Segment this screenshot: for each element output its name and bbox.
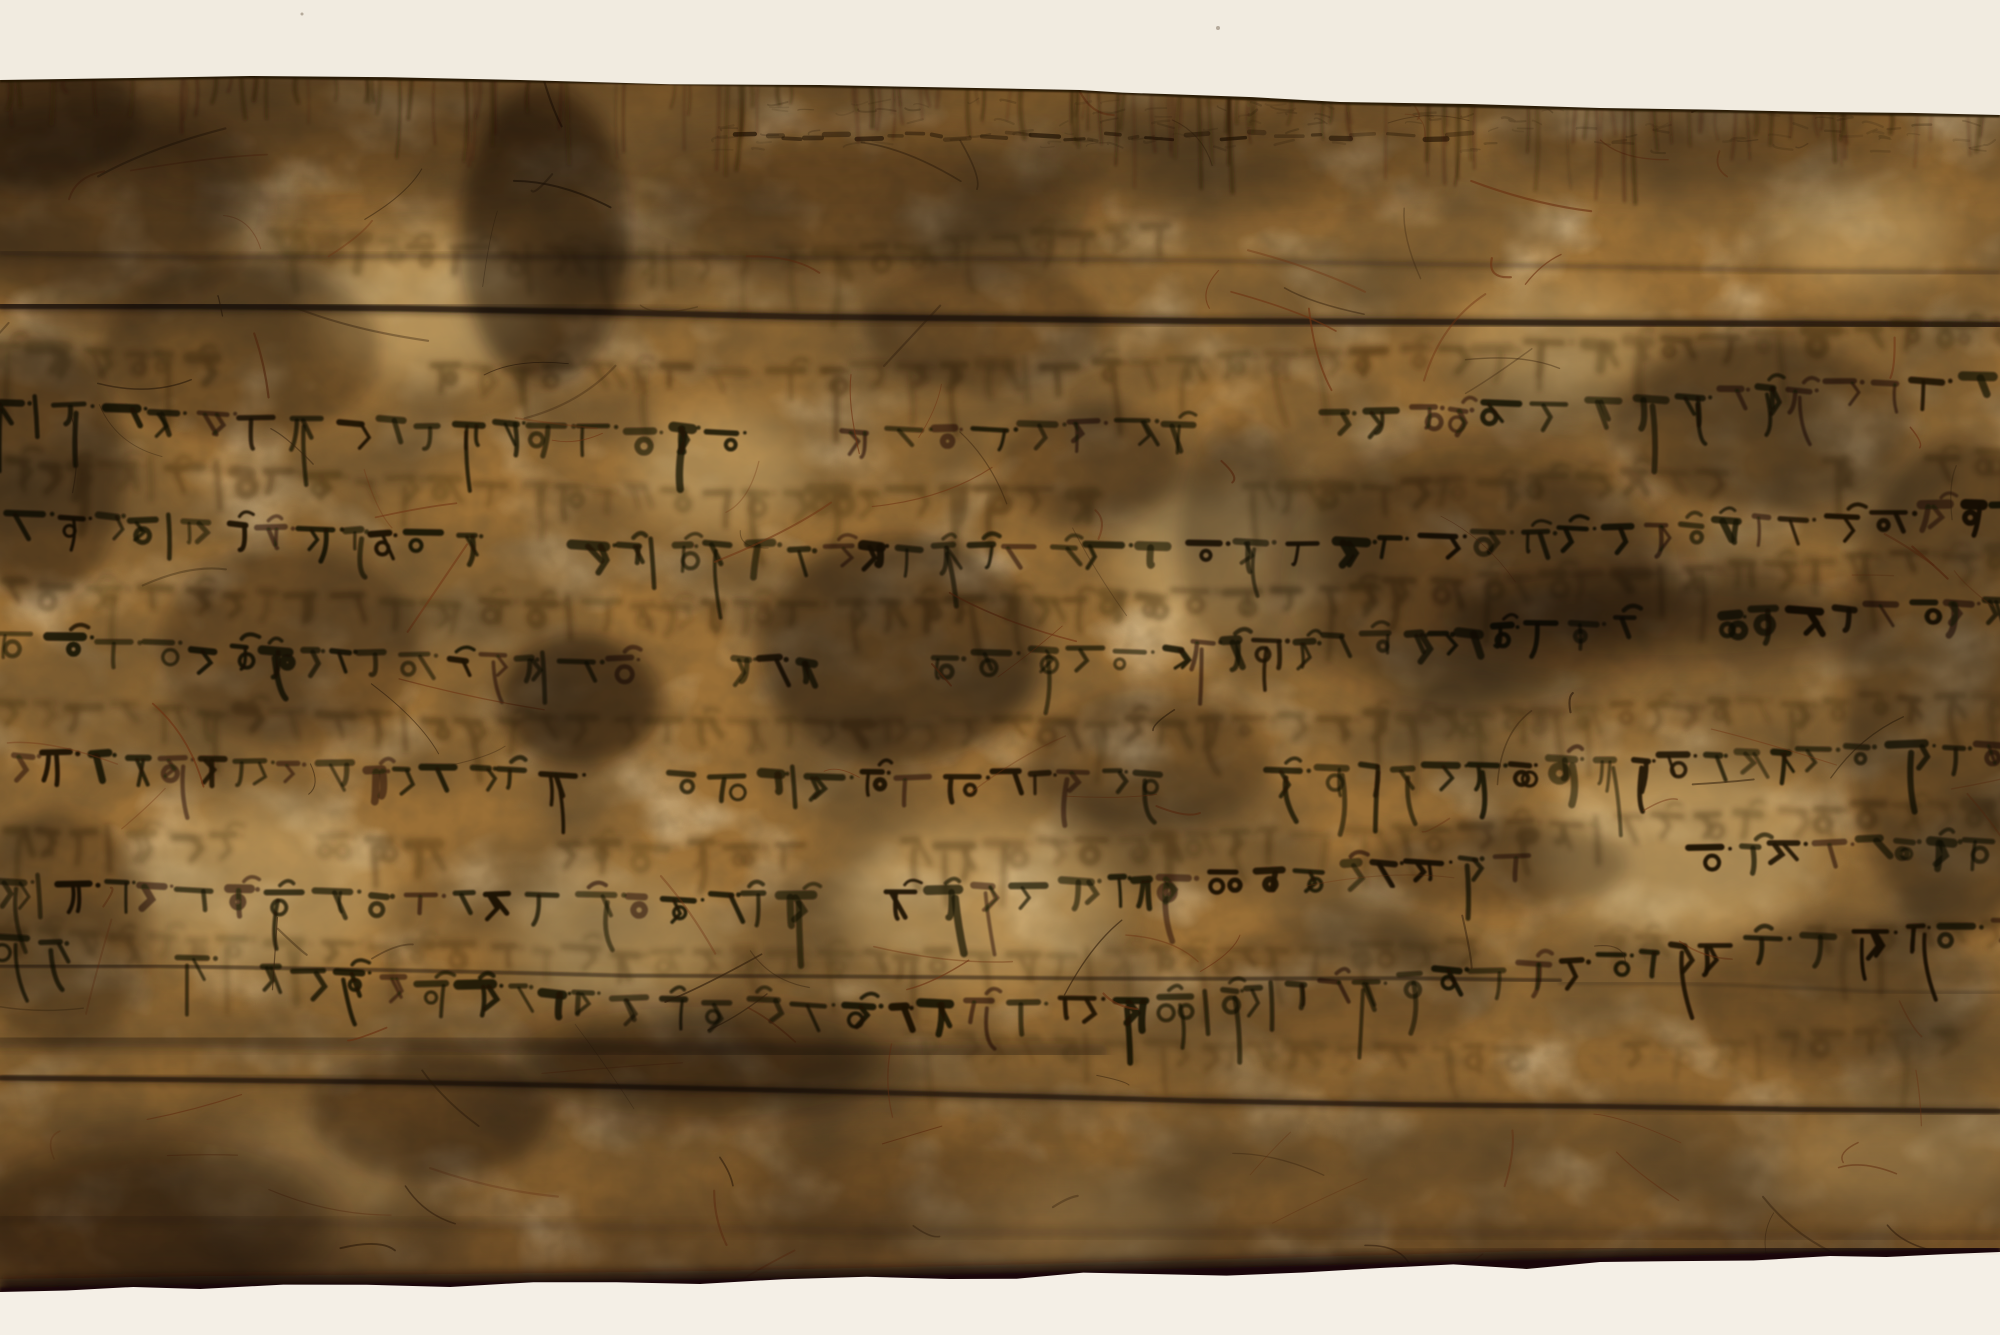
backdrop-speck	[1216, 26, 1220, 30]
manuscript-scene	[0, 0, 2000, 1335]
backdrop-speck	[301, 13, 304, 16]
vignette-shading	[0, 60, 2000, 1310]
manuscript-photo	[0, 0, 2000, 1335]
manuscript-leaf	[0, 28, 2000, 1321]
